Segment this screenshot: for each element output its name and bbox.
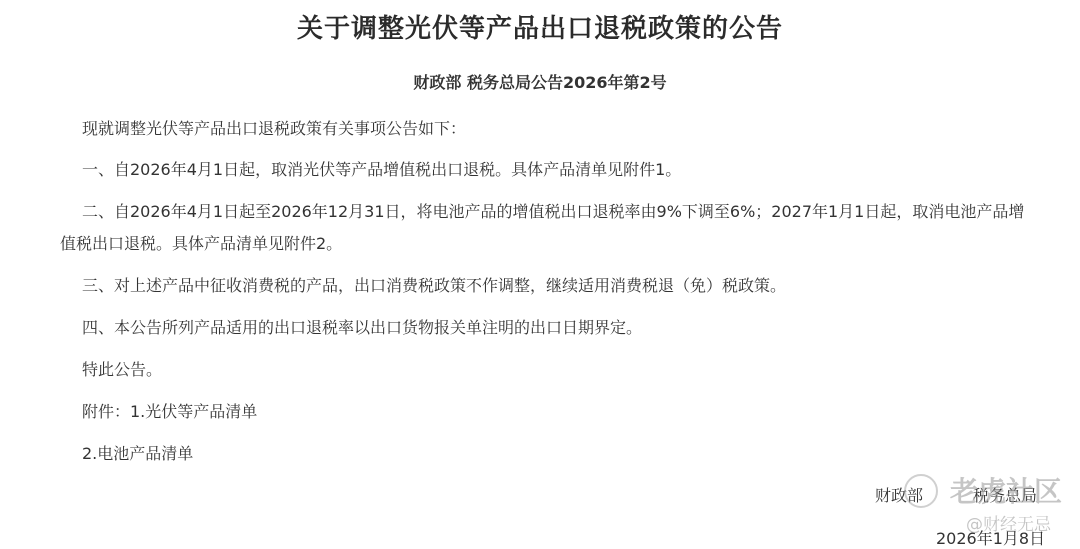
watermark-logo-icon [904, 474, 938, 508]
announcement-number: 财政部 税务总局公告2026年第2号 [0, 70, 1080, 93]
item-3: 三、对上述产品中征收消费税的产品，出口消费税政策不作调整，继续适用消费税退（免）… [82, 273, 786, 296]
attachment-1: 附件：1.光伏等产品清单 [82, 399, 257, 422]
item-2-continuation: 值税出口退税。具体产品清单见附件2。 [60, 231, 342, 254]
item-2: 二、自2026年4月1日起至2026年12月31日，将电池产品的增值税出口退税率… [82, 199, 1024, 222]
attachment-2: 2.电池产品清单 [82, 441, 193, 464]
watermark-community: 老虎社区 [950, 470, 1062, 510]
item-1: 一、自2026年4月1日起，取消光伏等产品增值税出口退税。具体产品清单见附件1。 [82, 157, 681, 180]
closing-text: 特此公告。 [82, 357, 162, 380]
intro-paragraph: 现就调整光伏等产品出口退税政策有关事项公告如下： [82, 116, 466, 139]
watermark-author: @财经无忌 [966, 510, 1051, 535]
announcement-title: 关于调整光伏等产品出口退税政策的公告 [0, 8, 1080, 45]
item-4: 四、本公告所列产品适用的出口退税率以出口货物报关单注明的出口日期界定。 [82, 315, 642, 338]
